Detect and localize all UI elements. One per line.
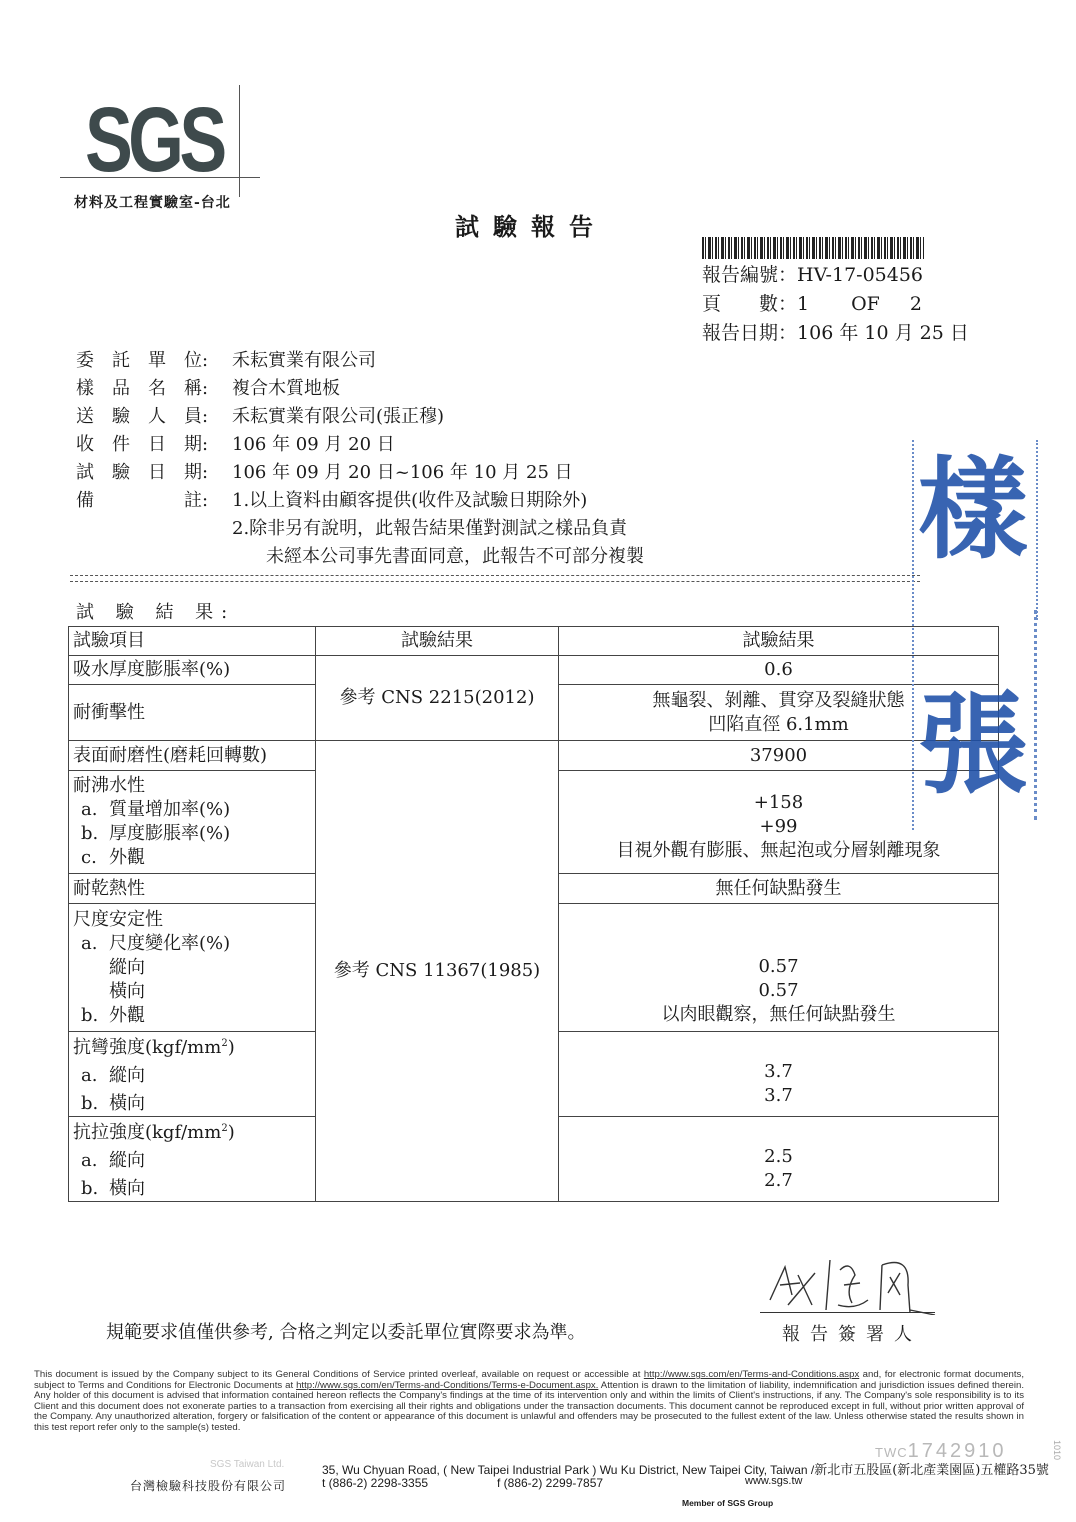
- remark-3: 未經本公司事先書面同意，此報告不可部分複製: [266, 542, 644, 568]
- row-item: 耐沸水性 a.質量增加率(%) b.厚度膨脹率(%) c.外觀: [69, 771, 316, 874]
- signature-line: [760, 1312, 935, 1313]
- table-header-row: 試驗項目 試驗結果 試驗結果: [69, 627, 999, 656]
- received-date-value: 106 年 09 月 20 日: [232, 430, 395, 456]
- sgs-logo-text: SGS: [85, 95, 223, 185]
- lab-name: 材料及工程實驗室-台北: [74, 192, 231, 212]
- report-number-line: 報告編號：HV-17-05456: [702, 260, 923, 287]
- page-count-line: 頁 數：1OF2: [702, 289, 922, 316]
- stamp-char-copy: 張: [918, 690, 1028, 800]
- sub-item: b.外觀: [73, 1004, 311, 1028]
- section-divider: [70, 575, 920, 582]
- results-heading: 試 驗 結 果:: [76, 598, 235, 624]
- document-title: 試驗報告: [455, 207, 607, 242]
- report-number-label: 報告編號：: [702, 264, 797, 286]
- page-of: OF: [851, 293, 880, 315]
- footer-note: 規範要求值僅供參考, 合格之判定以委託單位實際要求為準。: [106, 1318, 585, 1344]
- signer-label: 報告簽署人: [782, 1320, 922, 1346]
- row-item-title: 耐沸水性: [73, 774, 311, 798]
- column-header-item: 試驗項目: [69, 627, 316, 656]
- sub-item: b.厚度膨脹率(%): [73, 822, 311, 846]
- report-date-label: 報告日期：: [702, 322, 797, 344]
- sub-item: b.橫向: [73, 1092, 311, 1116]
- method-cell: 參考 CNS 11367(1985): [316, 741, 559, 1202]
- submitter-label: 送 驗 人 員:: [76, 402, 208, 428]
- report-date-line: 報告日期：106 年 10 月 25 日: [702, 318, 969, 345]
- company-fax: f (886-2) 2299-7857: [497, 1476, 603, 1490]
- sample-value: 複合木質地板: [232, 374, 340, 400]
- sub-item: 橫向: [73, 980, 311, 1004]
- stamp-char-sample: 樣: [918, 455, 1028, 565]
- barcode-icon: [702, 237, 924, 259]
- terms-e-document-link[interactable]: http://www.sgs.com/en/Terms-and-Conditio…: [296, 1380, 598, 1391]
- logo-divider-vertical: [239, 85, 240, 197]
- row-result: 無任何缺點發生: [559, 874, 999, 904]
- member-label: Member of SGS Group: [682, 1498, 773, 1508]
- report-date: 106 年 10 月 25 日: [797, 322, 969, 344]
- stamp-border-right: [1036, 440, 1040, 620]
- table-row: 吸水厚度膨脹率(%) 參考 CNS 2215(2012) 0.6: [69, 656, 999, 685]
- remark-1: 1.以上資料由顧客提供(收件及試驗日期除外): [232, 486, 587, 512]
- table-row: 表面耐磨性(磨耗回轉數) 參考 CNS 11367(1985) 37900: [69, 741, 999, 771]
- sub-item: b.橫向: [73, 1177, 311, 1201]
- received-date-label: 收 件 日 期:: [76, 430, 208, 456]
- client-label: 委 託 單 位:: [76, 346, 208, 372]
- sample-label: 樣 品 名 稱:: [76, 374, 208, 400]
- sub-item: a.質量增加率(%): [73, 798, 311, 822]
- row-result: 3.7 3.7: [559, 1032, 999, 1117]
- sub-item: c.外觀: [73, 846, 311, 870]
- sub-item: 縱向: [73, 956, 311, 980]
- company-website[interactable]: www.sgs.tw: [745, 1475, 802, 1487]
- logo-divider-horizontal: [60, 177, 260, 178]
- page-current: 1: [797, 293, 809, 315]
- remark-2: 2.除非另有說明，此報告結果僅對測試之樣品負責: [232, 514, 627, 540]
- remarks-label: 備 註:: [76, 486, 208, 512]
- row-item: 表面耐磨性(磨耗回轉數): [69, 741, 316, 771]
- company-address: 35, Wu Chyuan Road, ( New Taipei Industr…: [322, 1459, 1049, 1478]
- signature-icon: [760, 1255, 940, 1315]
- page-count-label: 頁 數：: [702, 293, 797, 315]
- row-item: 抗拉強度(kgf/mm2) a.縱向 b.橫向: [69, 1117, 316, 1202]
- company-phone: t (886-2) 2298-3355: [322, 1476, 428, 1490]
- sub-item: a.縱向: [73, 1149, 311, 1173]
- company-name-en: SGS Taiwan Ltd.: [210, 1459, 284, 1470]
- sub-item: a.縱向: [73, 1064, 311, 1088]
- test-date-value: 106 年 09 月 20 日~106 年 10 月 25 日: [232, 458, 573, 484]
- sub-item: a.尺度變化率(%): [73, 932, 311, 956]
- page-total: 2: [910, 293, 922, 315]
- results-table: 試驗項目 試驗結果 試驗結果 吸水厚度膨脹率(%) 參考 CNS 2215(20…: [68, 626, 999, 1202]
- company-name-zh: 台灣檢驗科技股份有限公司: [130, 1477, 286, 1494]
- row-item: 耐乾熱性: [69, 874, 316, 904]
- edge-mark: 1010: [1052, 1440, 1062, 1460]
- submitter-value: 禾耘實業有限公司(張正穆): [232, 402, 444, 428]
- row-item: 抗彎強度(kgf/mm2) a.縱向 b.橫向: [69, 1032, 316, 1117]
- test-date-label: 試 驗 日 期:: [76, 458, 208, 484]
- column-header-result: 試驗結果: [559, 627, 999, 656]
- sgs-logo: SGS: [85, 95, 245, 185]
- row-item: 尺度安定性 a.尺度變化率(%) 縱向 橫向 b.外觀: [69, 904, 316, 1032]
- report-number: HV-17-05456: [797, 264, 923, 286]
- row-result: 2.5 2.7: [559, 1117, 999, 1202]
- stamp-border-right-lower: [1034, 610, 1039, 820]
- stamp-border-left: [912, 440, 916, 830]
- client-value: 禾耘實業有限公司: [232, 346, 376, 372]
- method-cell: 參考 CNS 2215(2012): [316, 656, 559, 741]
- row-item: 吸水厚度膨脹率(%): [69, 656, 316, 685]
- row-result: 0.57 0.57 以肉眼觀察，無任何缺點發生: [559, 904, 999, 1032]
- column-header-method: 試驗結果: [316, 627, 559, 656]
- terms-link[interactable]: http://www.sgs.com/en/Terms-and-Conditio…: [644, 1369, 859, 1380]
- legal-disclaimer: This document is issued by the Company s…: [34, 1370, 1024, 1434]
- row-item: 耐衝擊性: [69, 685, 316, 741]
